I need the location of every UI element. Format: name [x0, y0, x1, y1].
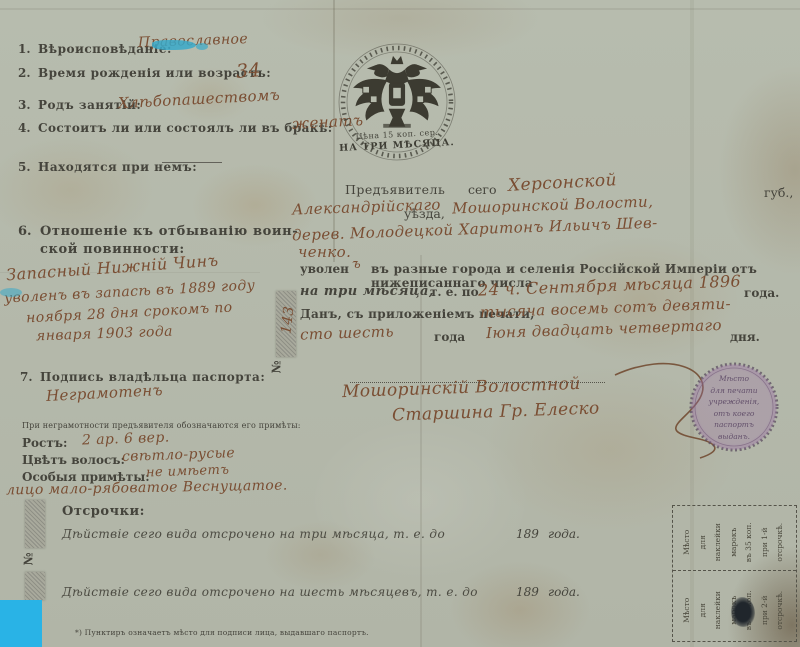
field-4-number: 4. — [18, 121, 31, 135]
deferral-row2-text: Дѣйствіе сего вида отсрочено на шесть мѣ… — [62, 585, 478, 599]
cyan-sticker — [0, 600, 42, 647]
dan-dnya-printed: дня. — [730, 330, 760, 344]
deferral-row1-year: 189 — [516, 527, 539, 541]
deferral-number-sign: № — [22, 552, 36, 565]
stamp-box-2-word: для — [694, 581, 710, 639]
field-7-value: Неграмотенъ — [46, 381, 164, 405]
revenue-seal: Цѣна 15 коп. сер. НА ТРИ МѢСЯЦА. — [337, 42, 457, 162]
released-ending-hw: ъ — [352, 257, 361, 272]
passport-document: 1. Вѣроисповѣданіе: Православное 2. Врем… — [0, 0, 800, 647]
field-1-number: 1. — [18, 42, 31, 56]
field-5-number: 5. — [18, 160, 31, 174]
height-value: 2 ар. 6 вер. — [82, 429, 170, 448]
deferral-row1-text: Дѣйствіе сего вида отсрочено на три мѣся… — [62, 527, 445, 541]
margin-strip-top — [25, 500, 45, 548]
deferral-row2-year: 189 — [516, 585, 539, 599]
height-label: Ростъ: — [22, 436, 67, 450]
marks-value: не имѣетъ — [146, 463, 230, 481]
military-note-line4: января 1903 года — [36, 324, 173, 345]
purple-stamp-overlay — [691, 364, 777, 450]
number-sign: № — [270, 360, 284, 373]
stamp-box-2-word: наклейки — [710, 581, 726, 639]
blue-ink-blot-small — [196, 43, 208, 50]
stamp-box-1-word: марокъ — [725, 513, 741, 571]
stamp-box-1-text: Мѣсто для наклейки марокъ въ 35 коп. при… — [679, 513, 788, 571]
released-prefix: уволен — [300, 262, 349, 276]
dan-year-hw2: сто шесть — [300, 322, 394, 343]
field-2-number: 2. — [18, 66, 31, 80]
field-5-blank-line — [162, 162, 222, 163]
signature-line2: Старшина Гр. Елеско — [392, 398, 600, 425]
issuer-seal-placeholder: Мѣсто для печати учрежденія, отъ коего п… — [689, 362, 779, 452]
stamp-box-1-word: для — [694, 513, 710, 571]
province-handwritten: Херсонской — [508, 170, 618, 196]
field-6-label: Отношеніе къ отбыванію воин- — [40, 224, 298, 239]
deferrals-header: Отсрочки: — [62, 504, 145, 519]
features-note: При неграмотности предъявителя обозначаю… — [22, 421, 301, 430]
presenter-name-line2: ченко. — [298, 243, 351, 261]
field-2-value: 34 — [235, 59, 261, 83]
presenter-word2: сего — [468, 182, 496, 197]
signature-dotted-line — [350, 382, 605, 383]
fold-line-vertical-1 — [333, 0, 335, 262]
field-7-number: 7. — [20, 370, 33, 384]
margin-strip-bottom — [25, 572, 45, 600]
imperial-eagle-icon — [351, 56, 443, 132]
stamp-box-1-word: Мѣсто — [679, 513, 695, 571]
term-goda: года. — [744, 286, 779, 300]
province-suffix: губ., — [764, 185, 793, 200]
dark-ink-blot — [731, 597, 755, 627]
stamp-box-2-word: Мѣсто — [679, 581, 695, 639]
stamp-box-1-word: наклейки — [710, 513, 726, 571]
field-3-number: 3. — [18, 98, 31, 112]
stamp-box-2-word: при 2-й отсрочкѣ. — [756, 581, 787, 639]
field-4-label: Состоитъ ли или состоялъ ли въ бракѣ: — [38, 121, 333, 135]
field-6-number: 6. — [18, 224, 32, 239]
stamp-box-1-word: въ 35 коп. — [741, 513, 757, 571]
term-te: т. е. по — [430, 285, 479, 299]
uyezd-printed: уѣзда, — [404, 206, 445, 221]
hair-label: Цвѣтъ волосъ: — [22, 453, 125, 467]
stamp-box-1-word: при 1-й отсрочкѣ. — [756, 513, 787, 571]
deferral-row1-suffix: года. — [548, 527, 580, 541]
fold-line-top — [0, 8, 800, 10]
signature-line1: Мошоринскій Волостной — [342, 374, 581, 402]
dan-goda-printed: года — [434, 330, 465, 344]
presenter-name-line: дерев. Молодецкой Харитонъ Ильичъ Шев- — [292, 214, 658, 245]
blue-ink-blot — [152, 40, 196, 50]
blue-smudge — [0, 288, 22, 297]
deferral-row2-suffix: года. — [548, 585, 580, 599]
term-italic: на три мѣсяца, — [300, 284, 434, 299]
footnote: *) Пунктиръ означаетъ мѣсто для подписи … — [75, 628, 369, 637]
field-3-value: Хлѣбопашествомъ — [118, 86, 281, 112]
